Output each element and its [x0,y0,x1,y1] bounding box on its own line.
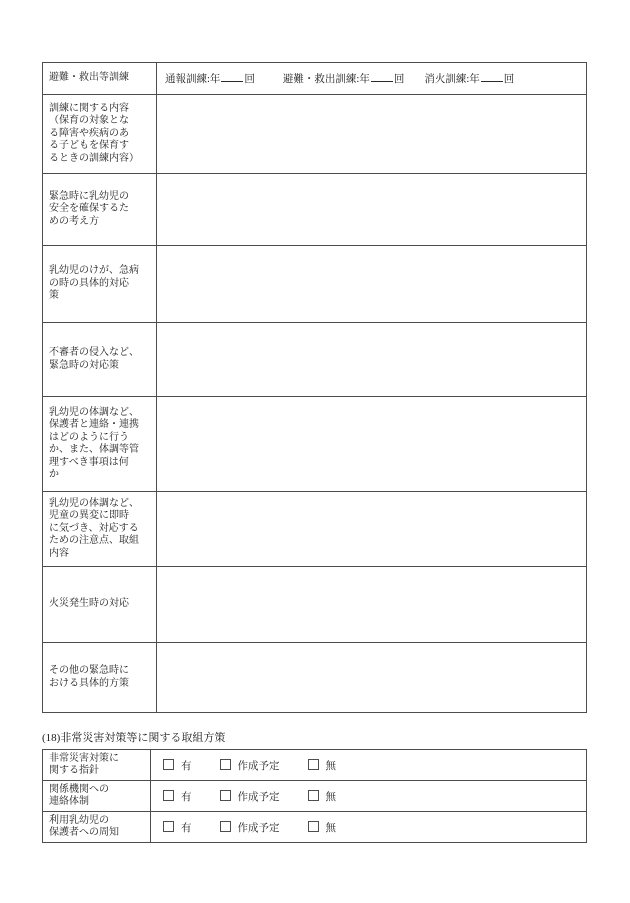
training-label: 通報訓練:年 [165,74,220,85]
option-planned[interactable]: 作成予定 [220,761,280,772]
row-label: 関係機関への 連絡体制 [43,781,151,812]
option-planned[interactable]: 作成予定 [220,792,280,803]
option-label: 作成予定 [238,823,280,834]
option-present[interactable]: 有 [163,761,192,772]
entry-cell [157,323,587,397]
row-label: 火災発生時の対応 [43,567,157,643]
emergency-training-table: 避難・救出等訓練 通報訓練:年回避難・救出訓練:年回消火訓練:年回 訓練に関する… [42,62,587,713]
entry-cell [157,397,587,492]
row-label: 乳幼児のけが、急病 の時の具体的対応 策 [43,246,157,323]
entry-cell [157,246,587,323]
entry-cell [157,95,587,174]
checkbox-icon[interactable] [220,759,231,770]
table-row: 乳幼児のけが、急病 の時の具体的対応 策 [43,246,587,323]
option-label: 作成予定 [238,761,280,772]
options-cell: 有作成予定無 [151,781,587,812]
table-row: その他の緊急時に おける具体的方策 [43,643,587,713]
training-counts-cell: 通報訓練:年回避難・救出訓練:年回消火訓練:年回 [157,63,587,95]
checkbox-icon[interactable] [163,790,174,801]
section-18-heading: (18)非常災害対策等に関する取組方策 [42,730,225,747]
options-cell: 有作成予定無 [151,812,587,843]
table-row: 乳幼児の体調など、 保護者と連絡・連携 はどのように行う か、また、体調等管 理… [43,397,587,492]
checkbox-icon[interactable] [220,790,231,801]
evacuation-training-count: 避難・救出訓練:年回 [283,74,404,85]
option-none[interactable]: 無 [308,761,337,772]
training-unit: 回 [244,74,255,85]
table-row: 火災発生時の対応 [43,567,587,643]
option-label: 無 [326,823,337,834]
report-training-count: 通報訓練:年回 [165,74,255,85]
option-label: 有 [181,823,192,834]
table-row: 訓練に関する内容 （保育の対象とな る障害や疾病のあ る子どもを保育す るときの… [43,95,587,174]
table-row: 関係機関への 連絡体制 有作成予定無 [43,781,587,812]
option-label: 作成予定 [238,792,280,803]
entry-cell [157,492,587,567]
checkbox-icon[interactable] [163,759,174,770]
option-none[interactable]: 無 [308,792,337,803]
table-row: 不審者の侵入など、 緊急時の対応策 [43,323,587,397]
row-label: 非常災害対策に 関する指針 [43,750,151,781]
training-label: 消火訓練:年 [424,74,479,85]
option-present[interactable]: 有 [163,823,192,834]
disaster-policy-table: 非常災害対策に 関する指針 有作成予定無 関係機関への 連絡体制 有作成予定無 … [42,749,587,843]
count-fill-in-blank[interactable] [481,71,503,82]
row-label: 利用乳幼児の 保護者への周知 [43,812,151,843]
option-planned[interactable]: 作成予定 [220,823,280,834]
row-label: 不審者の侵入など、 緊急時の対応策 [43,323,157,397]
checkbox-icon[interactable] [163,821,174,832]
document-page: 避難・救出等訓練 通報訓練:年回避難・救出訓練:年回消火訓練:年回 訓練に関する… [0,0,630,903]
training-label: 避難・救出訓練:年 [283,74,370,85]
option-label: 有 [181,792,192,803]
count-fill-in-blank[interactable] [221,71,243,82]
entry-cell [157,174,587,246]
entry-cell [157,643,587,713]
fire-training-count: 消火訓練:年回 [424,74,514,85]
option-label: 無 [326,761,337,772]
options-cell: 有作成予定無 [151,750,587,781]
training-unit: 回 [504,74,515,85]
training-unit: 回 [394,74,405,85]
row-label: 避難・救出等訓練 [43,63,157,95]
checkbox-icon[interactable] [308,790,319,801]
option-label: 有 [181,761,192,772]
table-row: 緊急時に乳幼児の 安全を確保するた めの考え方 [43,174,587,246]
table-row: 避難・救出等訓練 通報訓練:年回避難・救出訓練:年回消火訓練:年回 [43,63,587,95]
table-row: 非常災害対策に 関する指針 有作成予定無 [43,750,587,781]
table-row: 利用乳幼児の 保護者への周知 有作成予定無 [43,812,587,843]
option-label: 無 [326,792,337,803]
row-label: 乳幼児の体調など、 児童の異変に即時 に気づき、対応する ための注意点、取組 内… [43,492,157,567]
checkbox-icon[interactable] [308,821,319,832]
row-label: 乳幼児の体調など、 保護者と連絡・連携 はどのように行う か、また、体調等管 理… [43,397,157,492]
checkbox-icon[interactable] [308,759,319,770]
row-label: その他の緊急時に おける具体的方策 [43,643,157,713]
row-label: 訓練に関する内容 （保育の対象とな る障害や疾病のあ る子どもを保育す るときの… [43,95,157,174]
option-none[interactable]: 無 [308,823,337,834]
checkbox-icon[interactable] [220,821,231,832]
table-row: 乳幼児の体調など、 児童の異変に即時 に気づき、対応する ための注意点、取組 内… [43,492,587,567]
option-present[interactable]: 有 [163,792,192,803]
entry-cell [157,567,587,643]
row-label: 緊急時に乳幼児の 安全を確保するた めの考え方 [43,174,157,246]
count-fill-in-blank[interactable] [371,71,393,82]
